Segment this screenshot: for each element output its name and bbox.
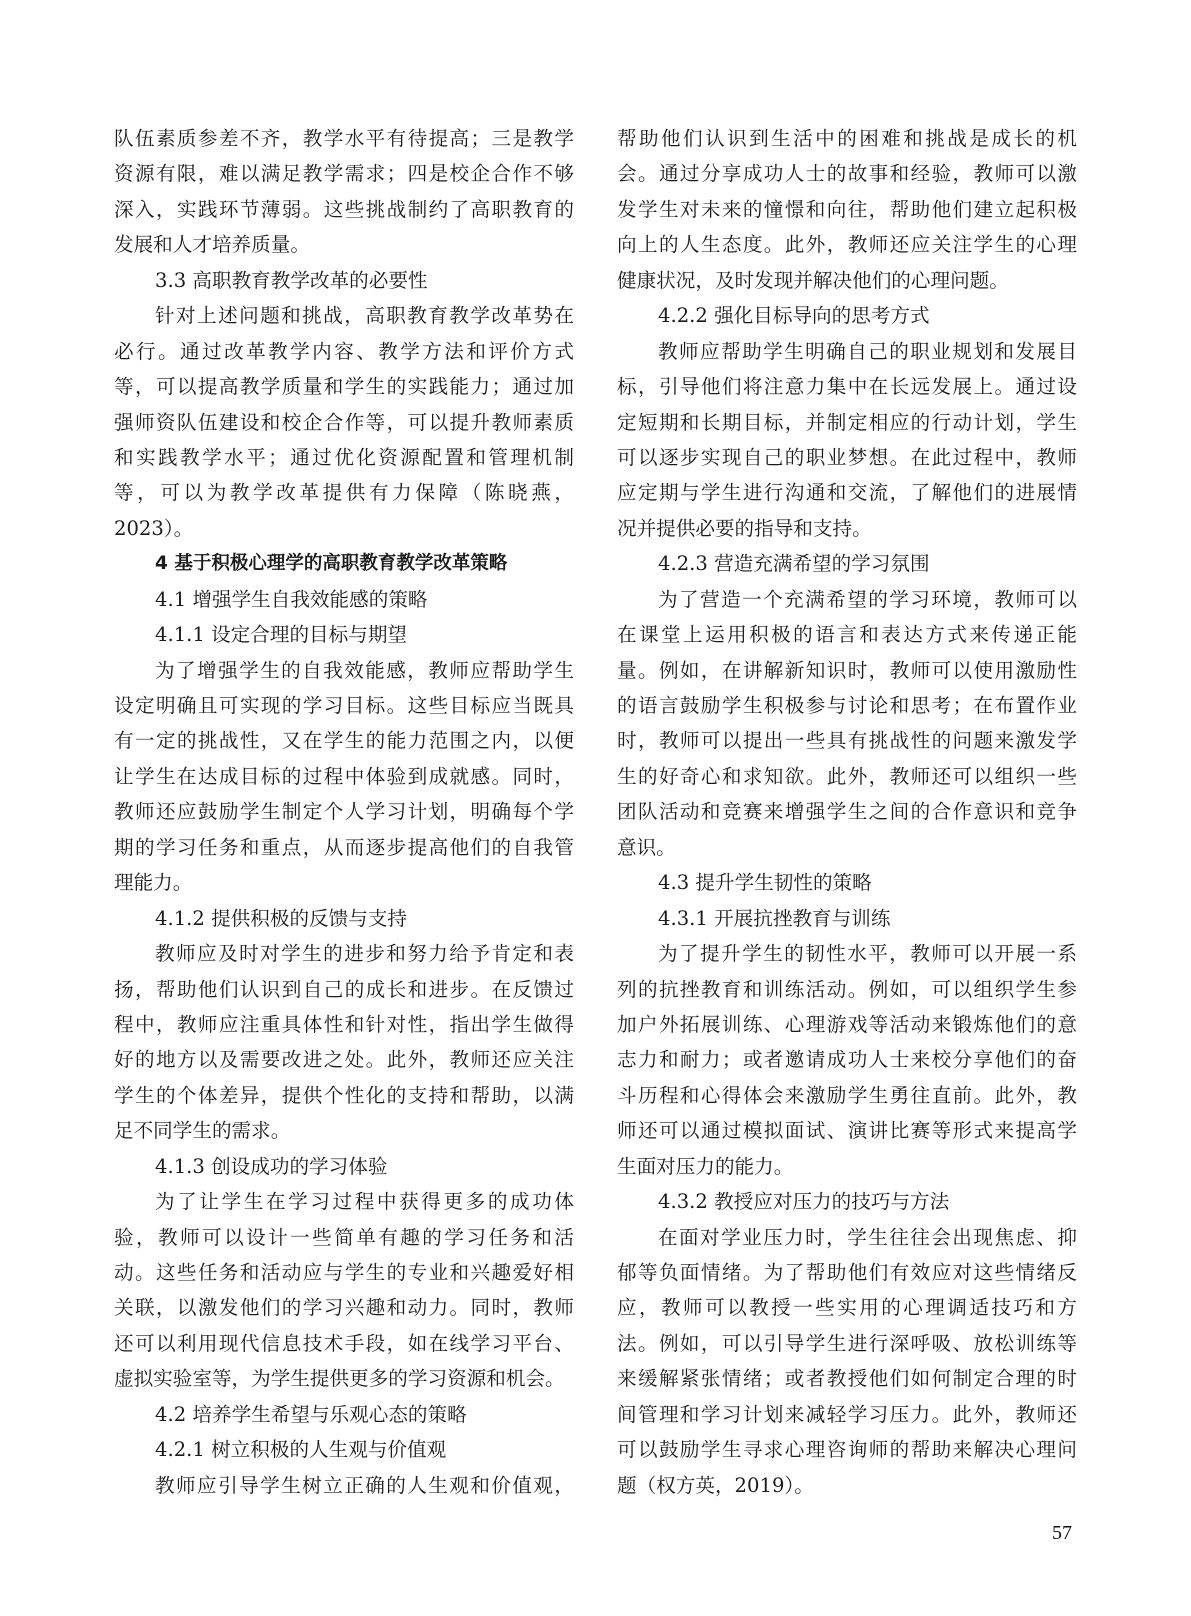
body-text-line: 可以鼓励学生寻求心理咨询师的帮助来解决心理问: [617, 1432, 1077, 1467]
paragraph-end-line: 题（权方英，2019）。: [617, 1468, 1077, 1503]
paragraph-start-line: 教师应及时对学生的进步和努力给予肯定和表: [114, 936, 574, 971]
body-text-line: 设定明确且可实现的学习目标。这些目标应当既具: [114, 688, 574, 723]
body-text-line: 可以逐步实现自己的职业梦想。在此过程中，教师: [617, 440, 1077, 475]
left-column: 队伍素质参差不齐，教学水平有待提高；三是教学资源有限，难以满足教学需求；四是校企…: [114, 121, 574, 1503]
body-text-line: 加户外拓展训练、心理游戏等活动来锻炼他们的意: [617, 1007, 1077, 1042]
body-text-line: 时，教师可以提出一些具有挑战性的问题来激发学: [617, 723, 1077, 758]
body-text-line: 应定期与学生进行沟通和交流，了解他们的进展情: [617, 475, 1077, 510]
section-heading: 4.1.3 创设成功的学习体验: [114, 1149, 574, 1184]
section-heading: 4.2.2 强化目标导向的思考方式: [617, 298, 1077, 333]
body-text-line: 应，教师可以教授一些实用的心理调适技巧和方: [617, 1290, 1077, 1325]
paragraph-end-line: 足不同学生的需求。: [114, 1113, 574, 1148]
body-text-line: 强师资队伍建设和校企合作等，可以提升教师素质: [114, 405, 574, 440]
section-heading: 3.3 高职教育教学改革的必要性: [114, 263, 574, 298]
body-text-line: 深入，实践环节薄弱。这些挑战制约了高职教育的: [114, 192, 574, 227]
body-text-line: 列的抗挫教育和训练活动。例如，可以组织学生参: [617, 972, 1077, 1007]
paragraph-start-line: 为了让学生在学习过程中获得更多的成功体: [114, 1184, 574, 1219]
body-text-line: 师还可以通过模拟面试、演讲比赛等形式来提高学: [617, 1113, 1077, 1148]
body-text-line: 和实践教学水平；通过优化资源配置和管理机制: [114, 440, 574, 475]
paragraph-start-line: 为了营造一个充满希望的学习环境，教师可以: [617, 582, 1077, 617]
right-column: 帮助他们认识到生活中的困难和挑战是成长的机会。通过分享成功人士的故事和经验，教师…: [617, 121, 1077, 1503]
body-text-line: 等，可以为教学改革提供有力保障（陈晓燕，: [114, 475, 574, 510]
body-text-line: 扬，帮助他们认识到自己的成长和进步。在反馈过: [114, 972, 574, 1007]
body-text-line: 资源有限，难以满足教学需求；四是校企合作不够: [114, 156, 574, 191]
body-text-line: 验，教师可以设计一些简单有趣的学习任务和活: [114, 1220, 574, 1255]
paragraph-end-line: 2023）。: [114, 511, 574, 546]
body-text-line: 动。这些任务和活动应与学生的专业和兴趣爱好相: [114, 1255, 574, 1290]
paragraph-end-line: 虚拟实验室等，为学生提供更多的学习资源和机会。: [114, 1361, 574, 1396]
section-heading: 4.3.2 教授应对压力的技巧与方法: [617, 1184, 1077, 1219]
body-text-line: 团队活动和竞赛来增强学生之间的合作意识和竞争: [617, 794, 1077, 829]
paragraph-end-line: 生面对压力的能力。: [617, 1149, 1077, 1184]
paragraph-start-line: 针对上述问题和挑战，高职教育教学改革势在: [114, 298, 574, 333]
body-text-line: 发学生对未来的憧憬和向往，帮助他们建立起积极: [617, 192, 1077, 227]
body-text-line: 让学生在达成目标的过程中体验到成就感。同时，: [114, 759, 574, 794]
body-text-line: 向上的人生态度。此外，教师还应关注学生的心理: [617, 227, 1077, 262]
body-text-line: 标，引导他们将注意力集中在长远发展上。通过设: [617, 369, 1077, 404]
body-text-line: 法。例如，可以引导学生进行深呼吸、放松训练等: [617, 1326, 1077, 1361]
body-text-line: 学生的个体差异，提供个性化的支持和帮助，以满: [114, 1078, 574, 1113]
body-text-line: 程中，教师应注重具体性和针对性，指出学生做得: [114, 1007, 574, 1042]
paragraph-end-line: 健康状况，及时发现并解决他们的心理问题。: [617, 263, 1077, 298]
paragraph-start-line: 为了增强学生的自我效能感，教师应帮助学生: [114, 653, 574, 688]
body-text-line: 的语言鼓励学生积极参与讨论和思考；在布置作业: [617, 688, 1077, 723]
body-text-line: 志力和耐力；或者邀请成功人士来校分享他们的奋: [617, 1042, 1077, 1077]
paragraph-start-line: 在面对学业压力时，学生往往会出现焦虑、抑: [617, 1220, 1077, 1255]
body-text-line: 间管理和学习计划来减轻学习压力。此外，教师还: [617, 1397, 1077, 1432]
body-text-line: 量。例如，在讲解新知识时，教师可以使用激励性: [617, 653, 1077, 688]
section-heading: 4.1.1 设定合理的目标与期望: [114, 617, 574, 652]
section-heading: 4.2 培养学生希望与乐观心态的策略: [114, 1397, 574, 1432]
body-text-line: 关联，以激发他们的学习兴趣和动力。同时，教师: [114, 1290, 574, 1325]
section-heading: 4.1 增强学生自我效能感的策略: [114, 582, 574, 617]
body-text-line: 队伍素质参差不齐，教学水平有待提高；三是教学: [114, 121, 574, 156]
paragraph-start-line: 教师应帮助学生明确自己的职业规划和发展目: [617, 334, 1077, 369]
body-text-line: 期的学习任务和重点，从而逐步提高他们的自我管: [114, 830, 574, 865]
section-heading: 4.3 提升学生韧性的策略: [617, 865, 1077, 900]
page-number: 57: [1052, 1522, 1072, 1545]
body-text-line: 好的地方以及需要改进之处。此外，教师还应关注: [114, 1042, 574, 1077]
paragraph-end-line: 发展和人才培养质量。: [114, 227, 574, 262]
chapter-heading: 4 基于积极心理学的高职教育教学改革策略: [114, 546, 574, 581]
body-text-line: 郁等负面情绪。为了帮助他们有效应对这些情绪反: [617, 1255, 1077, 1290]
body-text-line: 教师还应鼓励学生制定个人学习计划，明确每个学: [114, 794, 574, 829]
body-text-line: 帮助他们认识到生活中的困难和挑战是成长的机: [617, 121, 1077, 156]
body-text-line: 有一定的挑战性，又在学生的能力范围之内，以便: [114, 723, 574, 758]
body-text-line: 在课堂上运用积极的语言和表达方式来传递正能: [617, 617, 1077, 652]
body-text-line: 来缓解紧张情绪；或者教授他们如何制定合理的时: [617, 1361, 1077, 1396]
body-text-line: 定短期和长期目标，并制定相应的行动计划，学生: [617, 405, 1077, 440]
section-heading: 4.2.3 营造充满希望的学习氛围: [617, 546, 1077, 581]
paragraph-end-line: 况并提供必要的指导和支持。: [617, 511, 1077, 546]
body-text-line: 生的好奇心和求知欲。此外，教师还可以组织一些: [617, 759, 1077, 794]
section-heading: 4.3.1 开展抗挫教育与训练: [617, 901, 1077, 936]
body-text-line: 还可以利用现代信息技术手段，如在线学习平台、: [114, 1326, 574, 1361]
paragraph-start-line: 教师应引导学生树立正确的人生观和价值观，: [114, 1468, 574, 1503]
body-text-line: 会。通过分享成功人士的故事和经验，教师可以激: [617, 156, 1077, 191]
body-text-line: 斗历程和心得体会来激励学生勇往直前。此外，教: [617, 1078, 1077, 1113]
paragraph-start-line: 为了提升学生的韧性水平，教师可以开展一系: [617, 936, 1077, 971]
body-text-line: 必行。通过改革教学内容、教学方法和评价方式: [114, 334, 574, 369]
paragraph-end-line: 理能力。: [114, 865, 574, 900]
body-text-line: 等，可以提高教学质量和学生的实践能力；通过加: [114, 369, 574, 404]
section-heading: 4.1.2 提供积极的反馈与支持: [114, 901, 574, 936]
paragraph-end-line: 意识。: [617, 830, 1077, 865]
section-heading: 4.2.1 树立积极的人生观与价值观: [114, 1432, 574, 1467]
